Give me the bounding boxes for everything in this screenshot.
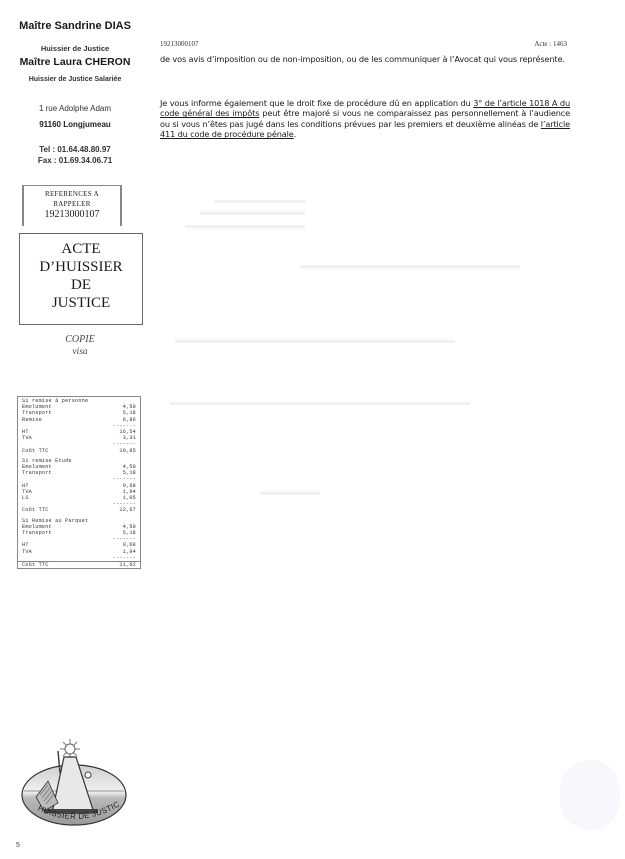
bailiff-name-primary: Maître Sandrine DIAS <box>0 20 150 32</box>
acte-title-line: ACTE <box>20 240 142 258</box>
bailiff-role-primary: Huissier de Justice <box>0 44 150 53</box>
tariff-value: 12,67 <box>119 507 136 513</box>
bleed-through-mark <box>215 200 305 203</box>
tariff-total: Coût TTC11,62 <box>18 561 140 568</box>
paragraph-text: Je vous informe également que le droit f… <box>160 98 473 108</box>
tariff-table: Si remise à personneEmolument4,50Transpo… <box>17 396 141 569</box>
document-reference: 19213000107 <box>160 40 199 48</box>
references-number: 19213000107 <box>24 209 120 220</box>
bleed-through-mark <box>185 225 305 228</box>
tariff-value: 11,62 <box>119 562 136 568</box>
body-paragraph-2: Je vous informe également que le droit f… <box>160 98 570 140</box>
tariff-label: Transport <box>22 530 52 536</box>
bleed-through-mark <box>200 212 305 215</box>
tariff-label: TVA <box>22 435 32 441</box>
paragraph-text: . <box>294 129 296 139</box>
acte-title-line: D’HUISSIER <box>20 258 142 276</box>
references-label: REFERENCES A RAPPELER <box>24 189 120 209</box>
justice-emblem-icon: HUISSIER DE JUSTICE <box>18 733 134 828</box>
bleed-through-mark <box>300 265 520 268</box>
bleed-through-mark <box>260 492 320 495</box>
tariff-label: TVA <box>22 549 32 555</box>
bailiff-role-secondary: Huissier de Justice Salariée <box>0 76 150 83</box>
acte-number: Acte : 1463 <box>534 40 567 48</box>
bleed-through-mark <box>175 340 455 343</box>
visa-label: visa <box>0 347 160 357</box>
body-paragraph-1: de vos avis d’imposition ou de non-impos… <box>160 54 570 64</box>
fax-number: Fax : 01.69.34.06.71 <box>0 156 150 165</box>
tariff-label: Coût TTC <box>22 562 49 568</box>
address-street: 1 rue Adolphe Adam <box>0 104 150 113</box>
tariff-value: 19,85 <box>119 448 136 454</box>
tariff-value: 1,94 <box>123 549 136 555</box>
acte-title-line: DE <box>20 276 142 294</box>
tariff-label: LS <box>22 495 29 501</box>
bailiff-name-secondary: Maître Laura CHERON <box>0 56 150 68</box>
acte-title-line: JUSTICE <box>20 294 142 312</box>
page-number: 5 <box>16 842 20 849</box>
faint-stamp-mark <box>560 760 620 830</box>
tariff-label: Transport <box>22 470 52 476</box>
huissier-de-justice-logo: HUISSIER DE JUSTICE <box>18 733 134 828</box>
tariff-label: Coût TTC <box>22 448 49 454</box>
acte-title-box: ACTE D’HUISSIER DE JUSTICE <box>19 233 143 325</box>
bleed-through-mark <box>170 402 470 405</box>
tariff-label: Coût TTC <box>22 507 49 513</box>
copy-label: COPIE <box>0 334 160 345</box>
references-box: REFERENCES A RAPPELER 19213000107 <box>22 185 122 226</box>
phone-number: Tel : 01.64.48.80.97 <box>0 145 150 154</box>
tariff-value: 6,86 <box>123 417 136 423</box>
address-city: 91160 Longjumeau <box>0 120 150 129</box>
tariff-label: Remise <box>22 417 42 423</box>
